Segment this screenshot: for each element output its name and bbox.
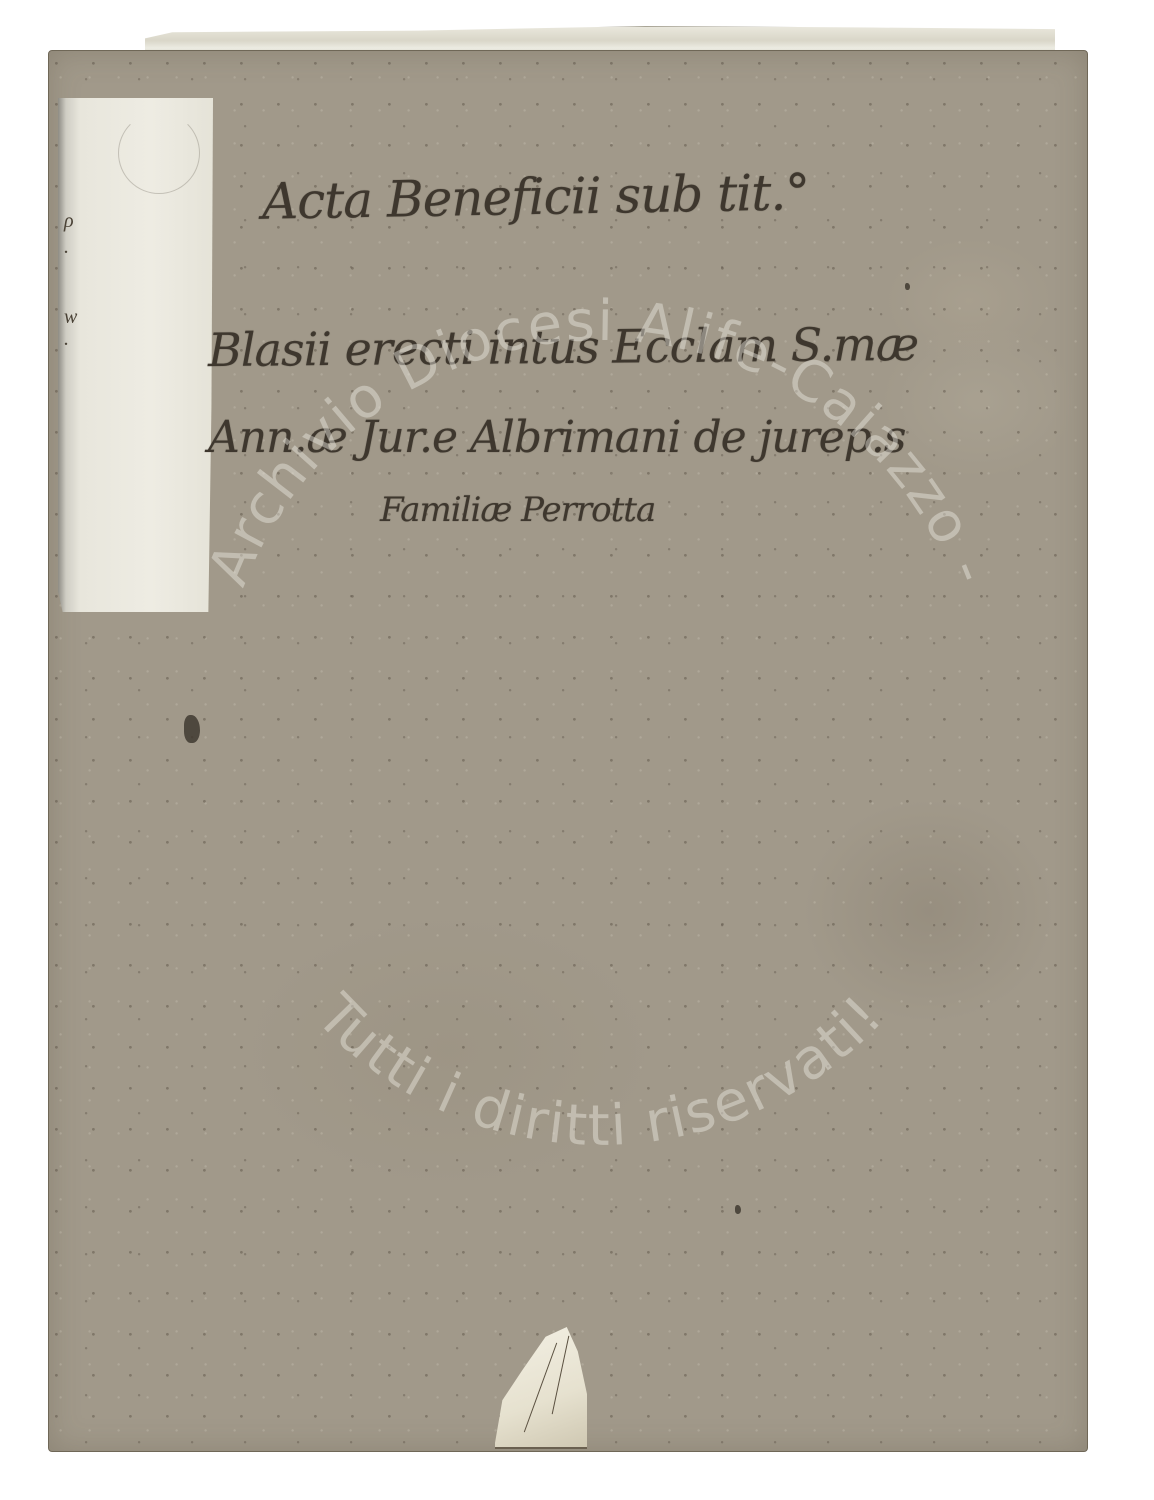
title-line-1: Acta Beneficii sub tit.° [262,163,810,231]
spine-mark: . [64,328,69,351]
pencil-sketch-mark [118,112,200,194]
ink-smudge [184,715,200,743]
spine-mark: . [64,236,69,259]
spine-mark: w [64,306,77,329]
scan-canvas: ρ . w . Acta Beneficii sub tit.° Blasii … [0,0,1154,1500]
spine-mark: ρ [64,210,74,233]
ink-speck [735,1205,741,1214]
title-line-3: Ann.æ Jur.e Albrimani de jurep.s [208,412,905,463]
title-line-2: Blasii erecti intus Ecclam S.mæ [208,317,919,377]
title-line-4: Familiæ Perrotta [380,490,655,530]
ink-speck [905,283,910,290]
